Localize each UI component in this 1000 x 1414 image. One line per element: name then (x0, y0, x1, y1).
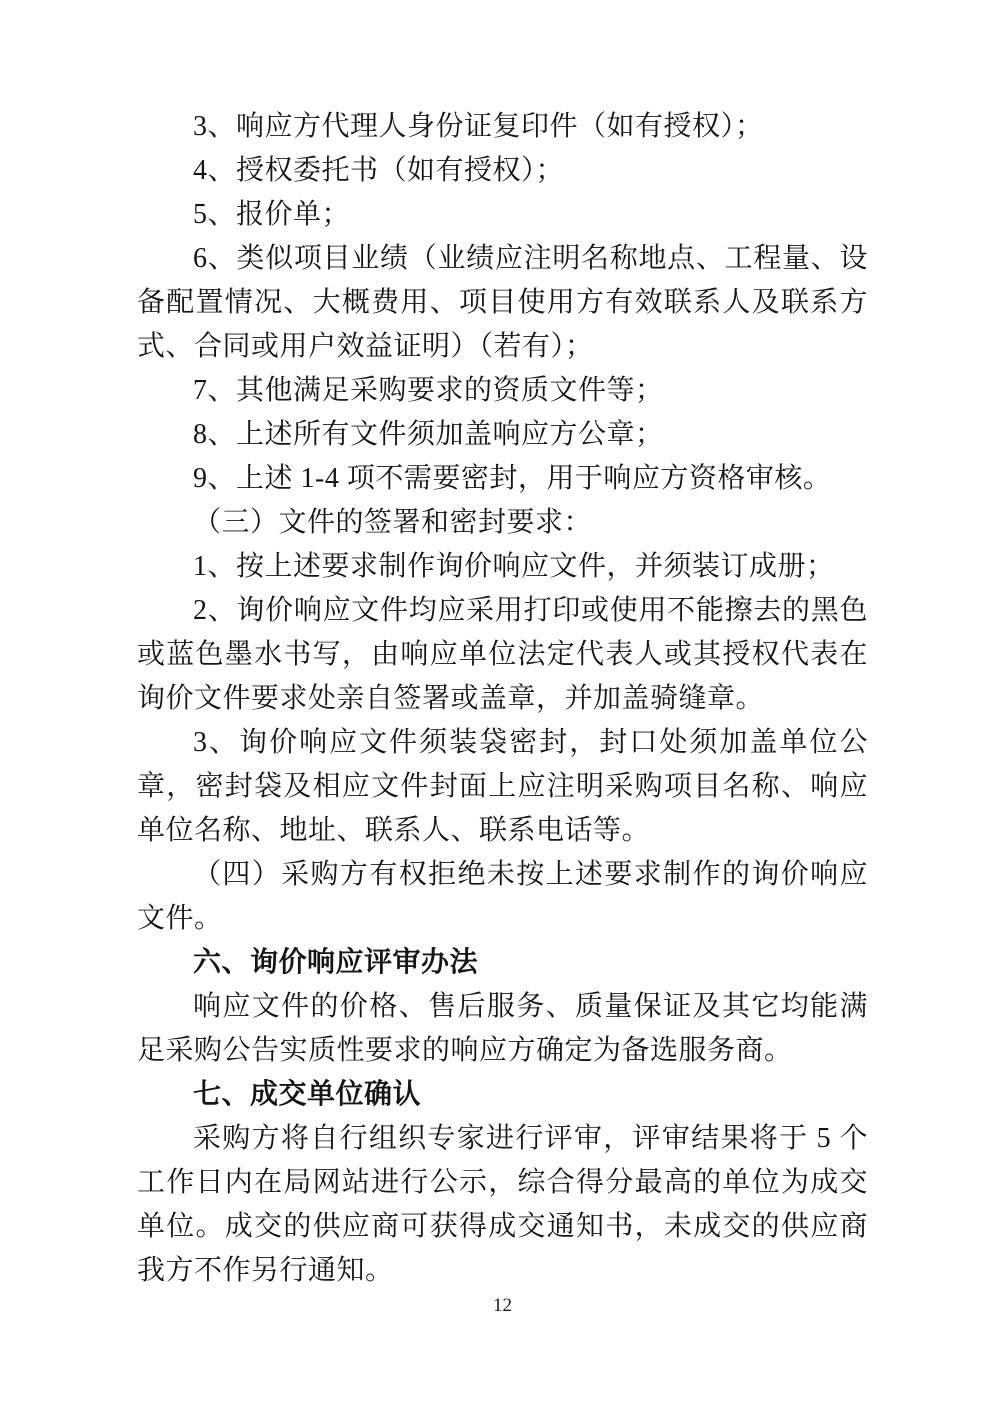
paragraph: （三）文件的签署和密封要求： (137, 501, 868, 545)
section-heading: 七、成交单位确认 (137, 1073, 868, 1117)
paragraph: 3、响应方代理人身份证复印件（如有授权）； (137, 105, 868, 149)
paragraph: 3、询价响应文件须装袋密封，封口处须加盖单位公章，密封袋及相应文件封面上应注明采… (137, 721, 868, 853)
page-number: 12 (493, 1295, 512, 1316)
paragraph: 8、上述所有文件须加盖响应方公章； (137, 413, 868, 457)
section-heading: 六、询价响应评审办法 (137, 941, 868, 985)
paragraph: （四）采购方有权拒绝未按上述要求制作的询价响应文件。 (137, 853, 868, 941)
document-body: 3、响应方代理人身份证复印件（如有授权）；4、授权委托书（如有授权）；5、报价单… (137, 105, 868, 1293)
paragraph: 5、报价单； (137, 193, 868, 237)
paragraph: 9、上述 1-4 项不需要密封，用于响应方资格审核。 (137, 457, 868, 501)
paragraph: 6、类似项目业绩（业绩应注明名称地点、工程量、设备配置情况、大概费用、项目使用方… (137, 237, 868, 369)
page-footer: 12 (137, 1295, 868, 1317)
paragraph: 2、询价响应文件均应采用打印或使用不能擦去的黑色或蓝色墨水书写，由响应单位法定代… (137, 589, 868, 721)
paragraph: 4、授权委托书（如有授权）； (137, 149, 868, 193)
paragraph: 采购方将自行组织专家进行评审，评审结果将于 5 个工作日内在局网站进行公示，综合… (137, 1117, 868, 1293)
paragraph: 7、其他满足采购要求的资质文件等； (137, 369, 868, 413)
paragraph: 1、按上述要求制作询价响应文件，并须装订成册； (137, 545, 868, 589)
paragraph: 响应文件的价格、售后服务、质量保证及其它均能满足采购公告实质性要求的响应方确定为… (137, 985, 868, 1073)
document-page: 3、响应方代理人身份证复印件（如有授权）；4、授权委托书（如有授权）；5、报价单… (0, 0, 1000, 1414)
